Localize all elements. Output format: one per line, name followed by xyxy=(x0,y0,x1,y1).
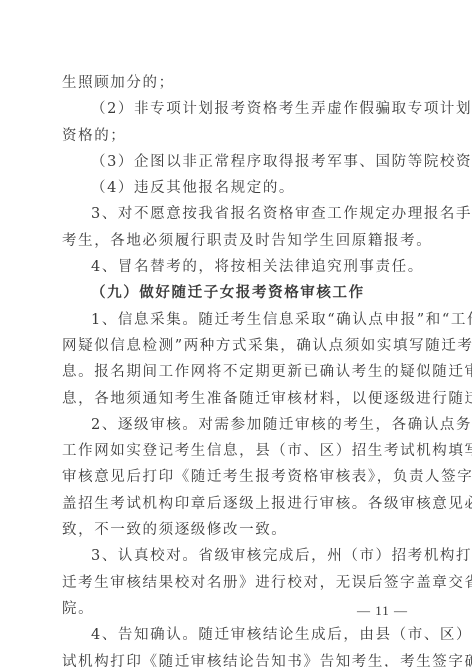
text-line: 4、冒名替考的，将按相关法律追究刑事责任。 xyxy=(62,254,412,280)
text-line: （4）违反其他报名规定的。 xyxy=(62,175,412,201)
text-line: 致，不一致的须逐级修改一致。 xyxy=(62,517,412,543)
text-line: 考生，各地必须履行职责及时告知学生回原籍报考。 xyxy=(62,228,412,254)
text-line: 迁考生审核结果校对名册》进行校对，无误后签字盖章交省招考 xyxy=(62,570,412,596)
page-number: — 11 — xyxy=(357,603,408,619)
text-line: 网疑似信息检测”两种方式采集，确认点须如实填写随迁考生信 xyxy=(62,333,412,359)
section-heading: （九）做好随迁子女报考资格审核工作 xyxy=(62,280,412,306)
document-body: 生照顾加分的；（2）非专项计划报考资格考生弄虚作假骗取专项计划报考资格的；（3）… xyxy=(62,70,412,667)
text-line: （3）企图以非正常程序取得报考军事、国防等院校资格的； xyxy=(62,149,412,175)
text-line: 3、认真校对。省级审核完成后，州（市）招考机构打印《随 xyxy=(62,543,412,569)
text-line: 3、对不愿意按我省报名资格审查工作规定办理报名手续的 xyxy=(62,201,412,227)
text-line: 4、告知确认。随迁审核结论生成后，由县（市、区）招生考 xyxy=(62,622,412,648)
text-line: 试机构打印《随迁审核结论告知书》告知考生，考生签字确认后 xyxy=(62,649,412,667)
text-line: 盖招生考试机构印章后逐级上报进行审核。各级审核意见必须一 xyxy=(62,491,412,517)
text-line: （2）非专项计划报考资格考生弄虚作假骗取专项计划报考 xyxy=(62,96,412,122)
text-line: 生照顾加分的； xyxy=(62,70,412,96)
text-line: 工作网如实登记考生信息，县（市、区）招生考试机构填写随迁 xyxy=(62,438,412,464)
text-line: 2、逐级审核。对需参加随迁审核的考生，各确认点务必在 xyxy=(62,412,412,438)
text-line: 息。报名期间工作网将不定期更新已确认考生的疑似随迁审核信 xyxy=(62,359,412,385)
text-line: 资格的； xyxy=(62,123,412,149)
text-line: 息，各地须通知考生准备随迁审核材料，以便逐级进行随迁审核。 xyxy=(62,386,412,412)
text-line: 1、信息采集。随迁考生信息采取“确认点申报”和“工作 xyxy=(62,307,412,333)
text-line: 审核意见后打印《随迁考生报考资格审核表》，负责人签字并加 xyxy=(62,464,412,490)
